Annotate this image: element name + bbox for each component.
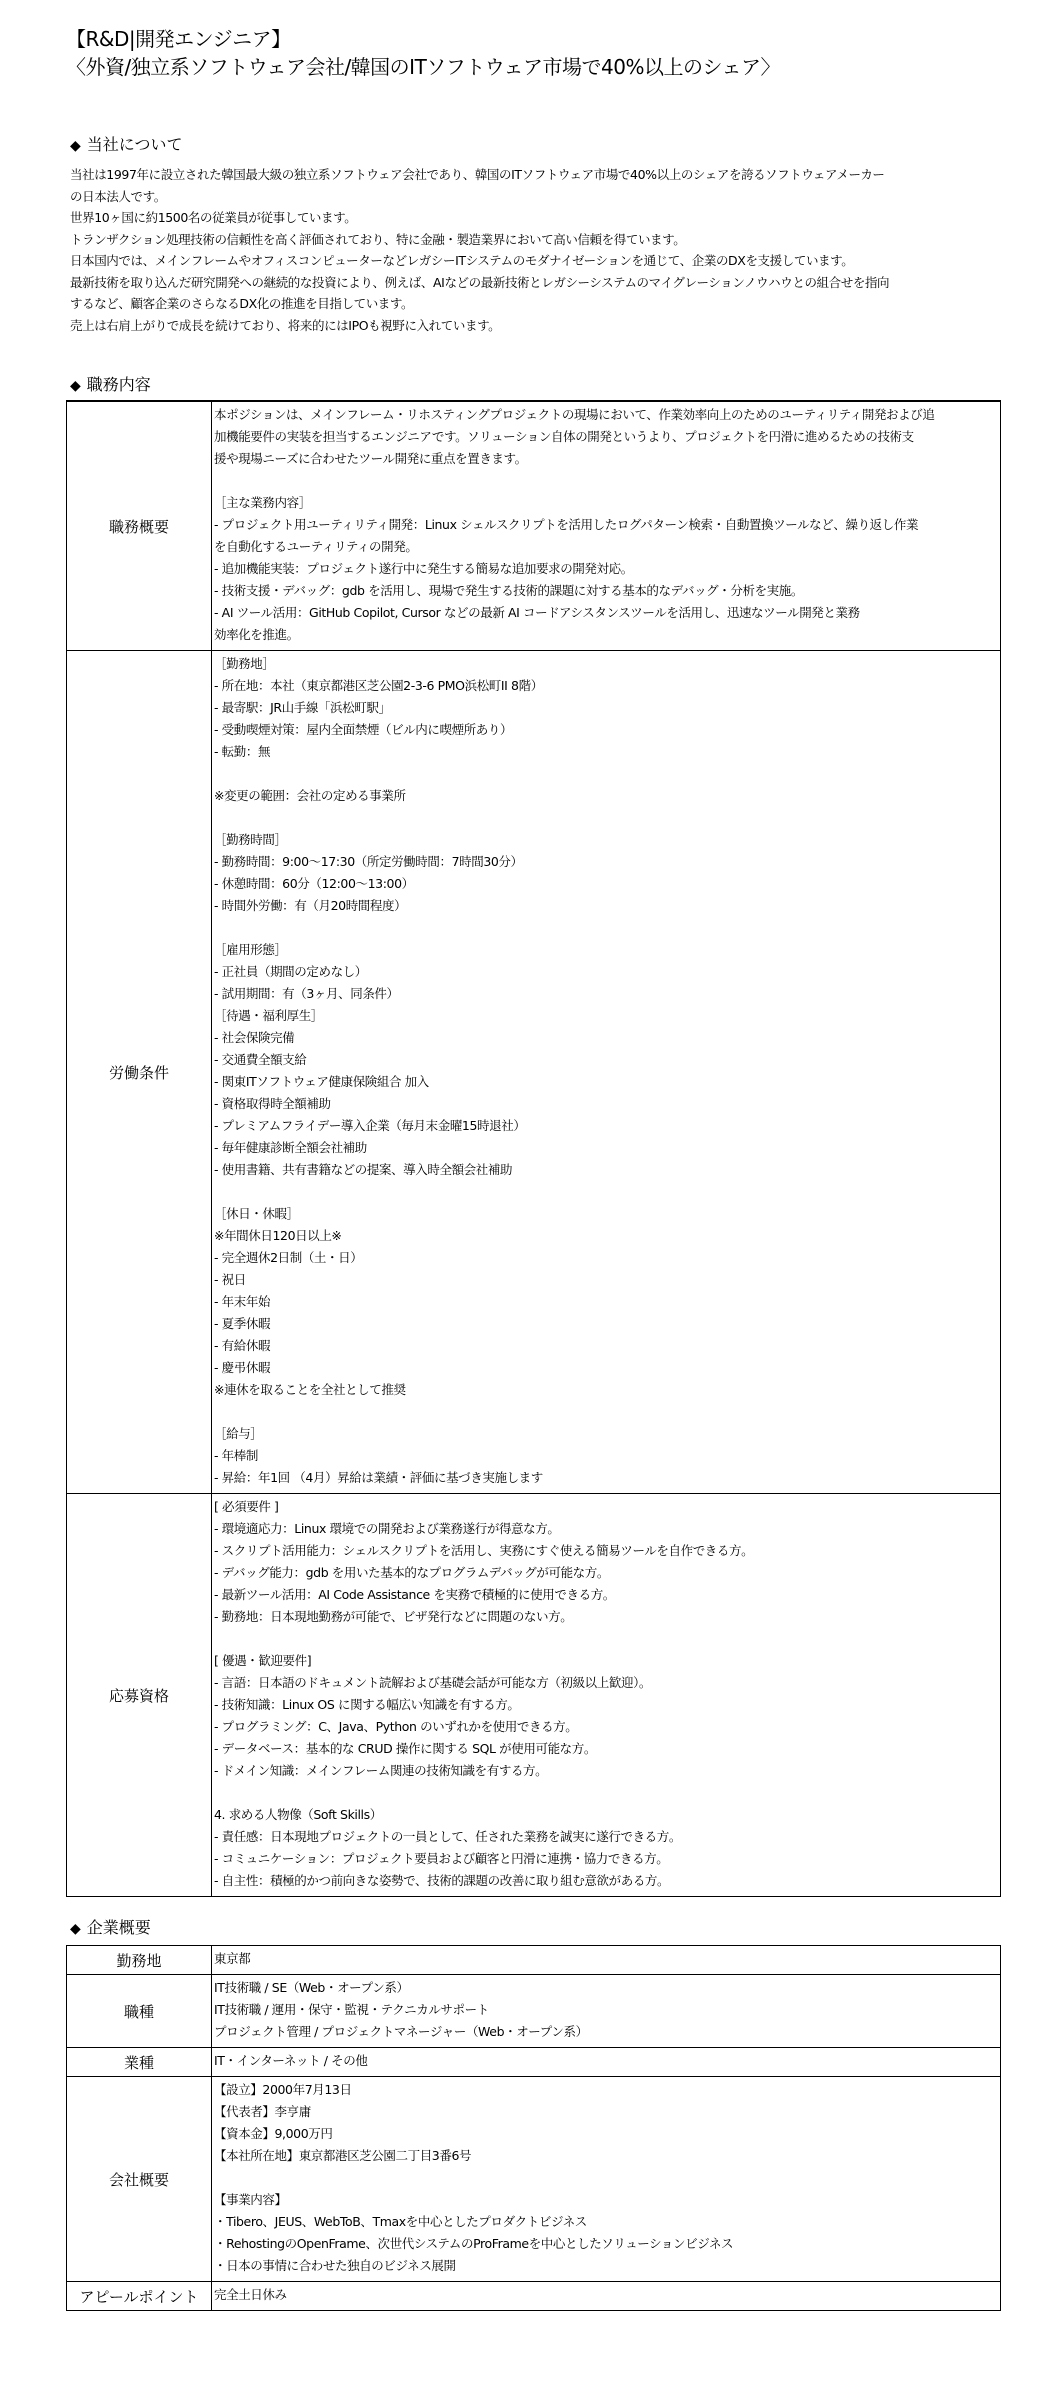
cell-text-line: - 環境適応力：Linux 環境での開発および業務遂行が得意な方。: [214, 1518, 998, 1540]
about-line: の日本法人です。: [70, 186, 1010, 208]
cell-text-line: ［勤務地］: [214, 653, 998, 675]
job-details-table: 職務概要 本ポジションは、メインフレーム・リホスティングプロジェクトの現場におい…: [66, 400, 1001, 1897]
cell-text-line: - データベース：基本的な CRUD 操作に関する SQL が使用可能な方。: [214, 1738, 998, 1760]
about-line: 当社は1997年に設立された韓国最大級の独立系ソフトウェア会社であり、韓国のIT…: [70, 164, 1010, 186]
diamond-bullet-icon: ◆: [70, 138, 81, 154]
row-value: 完全土日休み: [212, 2282, 1001, 2311]
cell-text-line: ・RehostingのOpenFrame、次世代システムのProFrameを中心…: [214, 2233, 998, 2255]
cell-text-line: - 勤務時間：9:00～17:30（所定労働時間：7時間30分）: [214, 851, 998, 873]
cell-text-line: を自動化するユーティリティの開発。: [214, 536, 998, 558]
cell-text-line: - 毎年健康診断全額会社補助: [214, 1137, 998, 1159]
cell-text-line: - 有給休暇: [214, 1335, 998, 1357]
cell-text-line: - デバッグ能力：gdb を用いた基本的なプログラムデバッグが可能な方。: [214, 1562, 998, 1584]
row-label: 業種: [67, 2048, 212, 2077]
row-label: 職種: [67, 1975, 212, 2048]
about-heading-text: 当社について: [87, 135, 183, 154]
table-row-job-summary: 職務概要 本ポジションは、メインフレーム・リホスティングプロジェクトの現場におい…: [67, 401, 1001, 651]
cell-text-line: [214, 917, 998, 939]
cell-text-line: - スクリプト活用能力：シェルスクリプトを活用し、実務にすぐ使える簡易ツールを自…: [214, 1540, 998, 1562]
cell-text-line: IT・インターネット / その他: [214, 2050, 998, 2072]
job-title: 【R&D|開発エンジニア】: [66, 25, 780, 53]
cell-text-line: - 自主性：積極的かつ前向きな姿勢で、技術的課題の改善に取り組む意欲がある方。: [214, 1870, 998, 1892]
row-label: アピールポイント: [67, 2282, 212, 2311]
cell-text-line: - コミュニケーション：プロジェクト要員および顧客と円滑に連携・協力できる方。: [214, 1848, 998, 1870]
cell-text-line: ※年間休日120日以上※: [214, 1225, 998, 1247]
cell-text-line: 【設立】2000年7月13日: [214, 2079, 998, 2101]
table-row-industry: 業種 IT・インターネット / その他: [67, 2048, 1001, 2077]
table-row-company-profile: 会社概要 【設立】2000年7月13日【代表者】李亨庸【資本金】9,000万円【…: [67, 2077, 1001, 2282]
table-row-appeal-point: アピールポイント 完全土日休み: [67, 2282, 1001, 2311]
cell-text-line: - 慶弔休暇: [214, 1357, 998, 1379]
cell-text-line: - ドメイン知識：メインフレーム関連の技術知識を有する方。: [214, 1760, 998, 1782]
cell-text-line: - AI ツール活用：GitHub Copilot, Cursor などの最新 …: [214, 602, 998, 624]
cell-text-line: - 年末年始: [214, 1291, 998, 1313]
table-row-location: 勤務地 東京都: [67, 1946, 1001, 1975]
cell-text-line: ［給与］: [214, 1423, 998, 1445]
cell-text-line: - 年棒制: [214, 1445, 998, 1467]
cell-text-line: - 社会保険完備: [214, 1027, 998, 1049]
job-heading: ◆職務内容: [70, 374, 151, 397]
about-line: 日本国内では、メインフレームやオフィスコンピューターなどレガシーITシステムのモ…: [70, 250, 1010, 272]
row-value: ［勤務地］- 所在地：本社（東京都港区芝公園2-3-6 PMO浜松町II 8階）…: [212, 651, 1001, 1494]
about-heading: ◆当社について: [70, 134, 182, 157]
cell-text-line: 援や現場ニーズに合わせたツール開発に重点を置きます。: [214, 448, 998, 470]
about-line: トランザクション処理技術の信頼性を高く評価されており、特に金融・製造業界において…: [70, 229, 1010, 251]
row-label: 勤務地: [67, 1946, 212, 1975]
cell-text-line: - プログラミング：C、Java、Python のいずれかを使用できる方。: [214, 1716, 998, 1738]
cell-text-line: [214, 2167, 998, 2189]
cell-text-line: - 最新ツール活用：AI Code Assistance を実務で積極的に使用で…: [214, 1584, 998, 1606]
table-row-job-type: 職種 IT技術職 / SE（Web・オープン系）IT技術職 / 運用・保守・監視…: [67, 1975, 1001, 2048]
row-value: [ 必須要件 ]- 環境適応力：Linux 環境での開発および業務遂行が得意な方…: [212, 1494, 1001, 1897]
cell-text-line: ［待遇・福利厚生］: [214, 1005, 998, 1027]
cell-text-line: - 技術支援・デバッグ：gdb を活用し、現場で発生する技術的課題に対する基本的…: [214, 580, 998, 602]
company-heading-text: 企業概要: [87, 1918, 151, 1937]
cell-text-line: - 完全週休2日制（土・日）: [214, 1247, 998, 1269]
cell-text-line: 【事業内容】: [214, 2189, 998, 2211]
cell-text-line: 東京都: [214, 1948, 998, 1970]
row-label: 職務概要: [67, 401, 212, 651]
table-row-working-conditions: 労働条件 ［勤務地］- 所在地：本社（東京都港区芝公園2-3-6 PMO浜松町I…: [67, 651, 1001, 1494]
row-label: 労働条件: [67, 651, 212, 1494]
row-value: 本ポジションは、メインフレーム・リホスティングプロジェクトの現場において、作業効…: [212, 401, 1001, 651]
row-value: 東京都: [212, 1946, 1001, 1975]
cell-text-line: 【資本金】9,000万円: [214, 2123, 998, 2145]
cell-text-line: [214, 1401, 998, 1423]
cell-text-line: ・Tibero、JEUS、WebToB、Tmaxを中心としたプロダクトビジネス: [214, 2211, 998, 2233]
cell-text-line: IT技術職 / SE（Web・オープン系）: [214, 1977, 998, 1999]
diamond-bullet-icon: ◆: [70, 378, 81, 394]
cell-text-line: 【本社所在地】東京都港区芝公園二丁目3番6号: [214, 2145, 998, 2167]
cell-text-line: ［雇用形態］: [214, 939, 998, 961]
table-row-requirements: 応募資格 [ 必須要件 ]- 環境適応力：Linux 環境での開発および業務遂行…: [67, 1494, 1001, 1897]
cell-text-line: - 所在地：本社（東京都港区芝公園2-3-6 PMO浜松町II 8階）: [214, 675, 998, 697]
cell-text-line: - 転勤：無: [214, 741, 998, 763]
cell-text-line: ［主な業務内容］: [214, 492, 998, 514]
cell-text-line: [214, 1628, 998, 1650]
cell-text-line: - 夏季休暇: [214, 1313, 998, 1335]
cell-text-line: 効率化を推進。: [214, 624, 998, 646]
job-heading-text: 職務内容: [87, 375, 151, 394]
cell-text-line: - 時間外労働：有（月20時間程度）: [214, 895, 998, 917]
job-subtitle: 〈外資/独立系ソフトウェア会社/韓国のITソフトウェア市場で40%以上のシェア〉: [66, 53, 780, 81]
cell-text-line: - 最寄駅：JR山手線「浜松町駅」: [214, 697, 998, 719]
cell-text-line: [214, 1181, 998, 1203]
cell-text-line: [214, 1782, 998, 1804]
cell-text-line: - プロジェクト用ユーティリティ開発：Linux シェルスクリプトを活用したログ…: [214, 514, 998, 536]
about-line: 最新技術を取り込んだ研究開発への継続的な投資により、例えば、AIなどの最新技術と…: [70, 272, 1010, 294]
cell-text-line: [214, 807, 998, 829]
cell-text-line: - 祝日: [214, 1269, 998, 1291]
row-value: IT・インターネット / その他: [212, 2048, 1001, 2077]
cell-text-line: - 交通費全額支給: [214, 1049, 998, 1071]
cell-text-line: - 追加機能実装：プロジェクト遂行中に発生する簡易な追加要求の開発対応。: [214, 558, 998, 580]
job-title-block: 【R&D|開発エンジニア】 〈外資/独立系ソフトウェア会社/韓国のITソフトウェ…: [66, 25, 780, 81]
row-label: 応募資格: [67, 1494, 212, 1897]
cell-text-line: プロジェクト管理 / プロジェクトマネージャー（Web・オープン系）: [214, 2021, 998, 2043]
cell-text-line: - 資格取得時全額補助: [214, 1093, 998, 1115]
cell-text-line: 加機能要件の実装を担当するエンジニアです。ソリューション自体の開発というより、プ…: [214, 426, 998, 448]
diamond-bullet-icon: ◆: [70, 1921, 81, 1937]
cell-text-line: - 試用期間：有（3ヶ月、同条件）: [214, 983, 998, 1005]
about-line: 世界10ヶ国に約1500名の従業員が従事しています。: [70, 207, 1010, 229]
cell-text-line: - 技術知識：Linux OS に関する幅広い知識を有する方。: [214, 1694, 998, 1716]
cell-text-line: [ 優遇・歓迎要件]: [214, 1650, 998, 1672]
cell-text-line: - 正社員（期間の定めなし）: [214, 961, 998, 983]
cell-text-line: - プレミアムフライデー導入企業（毎月末金曜15時退社）: [214, 1115, 998, 1137]
cell-text-line: - 責任感：日本現地プロジェクトの一員として、任された業務を誠実に遂行できる方。: [214, 1826, 998, 1848]
about-line: 売上は右肩上がりで成長を続けており、将来的にはIPOも視野に入れています。: [70, 315, 1010, 337]
cell-text-line: 本ポジションは、メインフレーム・リホスティングプロジェクトの現場において、作業効…: [214, 404, 998, 426]
cell-text-line: - 受動喫煙対策：屋内全面禁煙（ビル内に喫煙所あり）: [214, 719, 998, 741]
row-value: IT技術職 / SE（Web・オープン系）IT技術職 / 運用・保守・監視・テク…: [212, 1975, 1001, 2048]
cell-text-line: - 昇給：年1回 （4月）昇給は業績・評価に基づき実施します: [214, 1467, 998, 1489]
cell-text-line: [214, 470, 998, 492]
cell-text-line: - 言語：日本語のドキュメント読解および基礎会話が可能な方（初級以上歓迎）。: [214, 1672, 998, 1694]
cell-text-line: 【代表者】李亨庸: [214, 2101, 998, 2123]
cell-text-line: [214, 763, 998, 785]
cell-text-line: - 使用書籍、共有書籍などの提案、導入時全額会社補助: [214, 1159, 998, 1181]
cell-text-line: 4. 求める人物像（Soft Skills）: [214, 1804, 998, 1826]
cell-text-line: ※連休を取ることを全社として推奨: [214, 1379, 998, 1401]
cell-text-line: [ 必須要件 ]: [214, 1496, 998, 1518]
cell-text-line: ・日本の事情に合わせた独自のビジネス展開: [214, 2255, 998, 2277]
cell-text-line: ［勤務時間］: [214, 829, 998, 851]
cell-text-line: 完全土日休み: [214, 2284, 998, 2306]
cell-text-line: - 関東ITソフトウェア健康保険組合 加入: [214, 1071, 998, 1093]
cell-text-line: ［休日・休暇］: [214, 1203, 998, 1225]
row-label: 会社概要: [67, 2077, 212, 2282]
cell-text-line: - 休憩時間：60分（12:00～13:00）: [214, 873, 998, 895]
cell-text-line: ※変更の範囲：会社の定める事業所: [214, 785, 998, 807]
company-heading: ◆企業概要: [70, 1917, 151, 1940]
company-overview-table: 勤務地 東京都 職種 IT技術職 / SE（Web・オープン系）IT技術職 / …: [66, 1945, 1001, 2311]
row-value: 【設立】2000年7月13日【代表者】李亨庸【資本金】9,000万円【本社所在地…: [212, 2077, 1001, 2282]
cell-text-line: - 勤務地：日本現地勤務が可能で、ビザ発行などに問題のない方。: [214, 1606, 998, 1628]
about-line: するなど、顧客企業のさらなるDX化の推進を目指しています。: [70, 293, 1010, 315]
cell-text-line: IT技術職 / 運用・保守・監視・テクニカルサポート: [214, 1999, 998, 2021]
about-text: 当社は1997年に設立された韓国最大級の独立系ソフトウェア会社であり、韓国のIT…: [70, 164, 1010, 336]
